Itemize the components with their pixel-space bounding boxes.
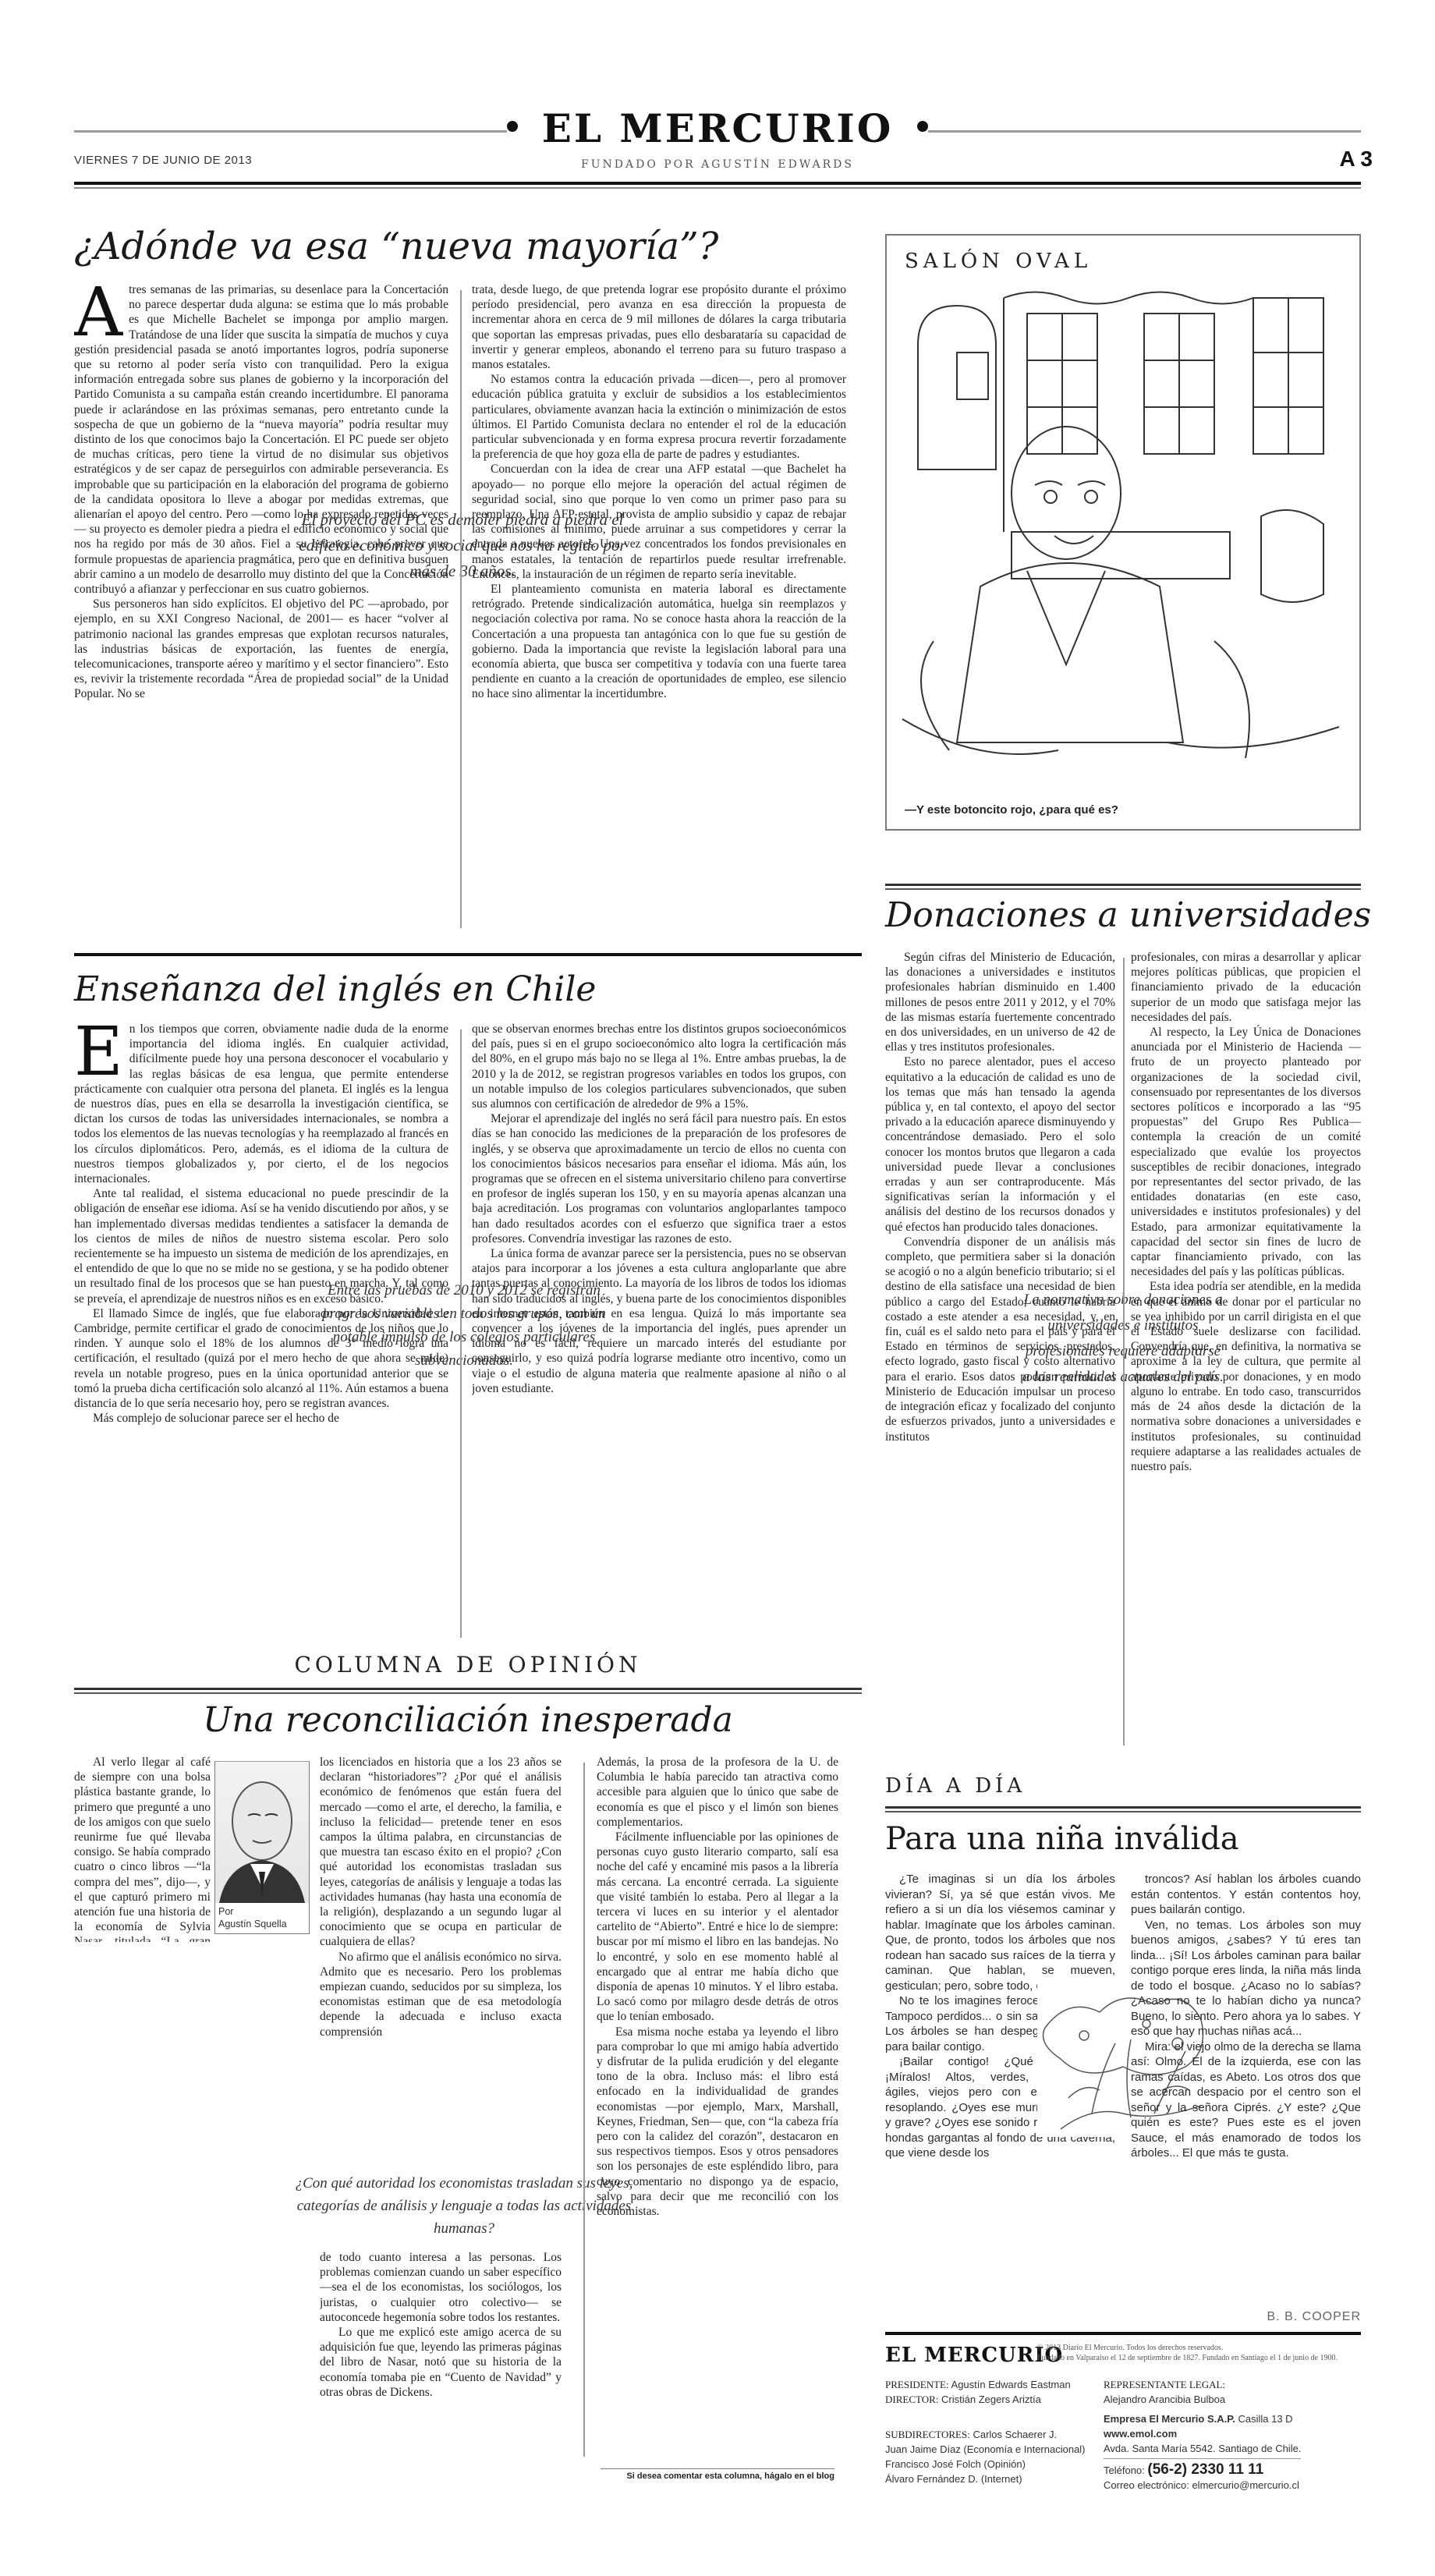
column-divider: [1123, 958, 1125, 1745]
section-rule: [74, 953, 862, 956]
page-number: A 3: [1339, 147, 1373, 172]
oval-office-cartoon-illustration: [887, 236, 1359, 829]
pull-quote: ¿Con qué autoridad los economistas trasl…: [289, 2172, 640, 2240]
email-link[interactable]: elmercurio@mercurio.cl: [1192, 2479, 1299, 2491]
article-headline: Donaciones a universidades: [885, 895, 1371, 935]
article-body-column: Al verlo llegar al café de siempre con u…: [74, 1755, 211, 1942]
column-divider: [460, 1029, 462, 1638]
article-body-column: A tres semanas de las primarias, su dese…: [74, 282, 448, 928]
article-body-column: que se observan enormes brechas entre lo…: [472, 1022, 846, 1638]
article-body-column: profesionales, con miras a desarrollar y…: [1131, 950, 1361, 1745]
company-name: Empresa El Mercurio S.A.P.: [1104, 2413, 1235, 2425]
cartoon-caption: —Y este botoncito rojo, ¿para qué es?: [905, 803, 1118, 817]
masthead-rule: [74, 187, 1361, 189]
masthead-rule: [74, 182, 1361, 185]
legal-representative: Alejandro Arancibia Bulboa: [1104, 2392, 1301, 2407]
section-label: DÍA A DÍA: [885, 1774, 1026, 1798]
dropcap: E: [74, 1025, 123, 1079]
director-name: Cristián Zegers Ariztía: [941, 2394, 1041, 2405]
article-body-column: Pero ese no es mi único reparo a la cien…: [74, 1942, 308, 2488]
article-body-column: Además, la prosa de la profesora de la U…: [597, 1755, 838, 2457]
phone-number: (56-2) 2330 11 11: [1147, 2461, 1263, 2478]
website-link[interactable]: www.emol.com: [1104, 2428, 1177, 2440]
address: Avda. Santa María 5542. Santiago de Chil…: [1104, 2441, 1301, 2459]
masthead-rule-left: [74, 130, 507, 133]
footer-contact: REPRESENTANTE LEGAL: Alejandro Arancibia…: [1104, 2377, 1301, 2493]
article-body-column: los licenciados en historia que a los 23…: [320, 1755, 562, 2153]
article-headline: Una reconciliación inesperada: [74, 1700, 862, 1740]
masthead-founded: FUNDADO POR AGUSTÍN EDWARDS: [546, 158, 889, 171]
section-rule: [74, 1688, 862, 1694]
column-divider: [583, 1763, 585, 2457]
blog-comment-link[interactable]: Si desea comentar esta columna, hágalo e…: [601, 2468, 834, 2481]
article-headline: Para una niña inválida: [885, 1821, 1239, 1857]
author-byline: Por Agustín Squella: [218, 1905, 287, 1930]
author-signature: B. B. COOPER: [1267, 2310, 1361, 2324]
masthead-rule-right: [928, 130, 1361, 133]
column-divider: [460, 290, 462, 928]
article-body-column: de todo cuanto interesa a las personas. …: [320, 2250, 562, 2484]
footer-copyright: © 2013 Diario El Mercurio. Todos los der…: [1037, 2343, 1338, 2363]
section-rule: [885, 1806, 1361, 1812]
article-body-column: trata, desde luego, de que pretenda logr…: [472, 282, 846, 928]
masthead-title: EL MERCURIO: [507, 105, 928, 151]
footer-logo: EL MERCURIO: [885, 2344, 1063, 2367]
author-name: Agustín Squella: [218, 1918, 287, 1930]
dropcap: A: [74, 285, 122, 340]
issue-date: VIERNES 7 DE JUNIO DE 2013: [74, 154, 252, 167]
article-headline: ¿Adónde va esa “nueva mayoría”?: [74, 225, 718, 268]
president-name: Agustín Edwards Eastman: [951, 2379, 1071, 2390]
cartoon-label: SALÓN OVAL: [905, 250, 1092, 273]
cartoon-frame: [885, 234, 1361, 831]
article-headline: Enseñanza del inglés en Chile: [74, 969, 596, 1009]
section-label: COLUMNA DE OPINIÓN: [74, 1652, 862, 1678]
footer-rule: [885, 2332, 1361, 2335]
article-body-column: troncos? Así hablan los árboles cuando e…: [1131, 1872, 1361, 2308]
section-rule: [885, 884, 1361, 890]
footer-staff: PRESIDENTE: Agustín Edwards Eastman DIRE…: [885, 2377, 1086, 2486]
bullet-icon: [917, 121, 928, 132]
